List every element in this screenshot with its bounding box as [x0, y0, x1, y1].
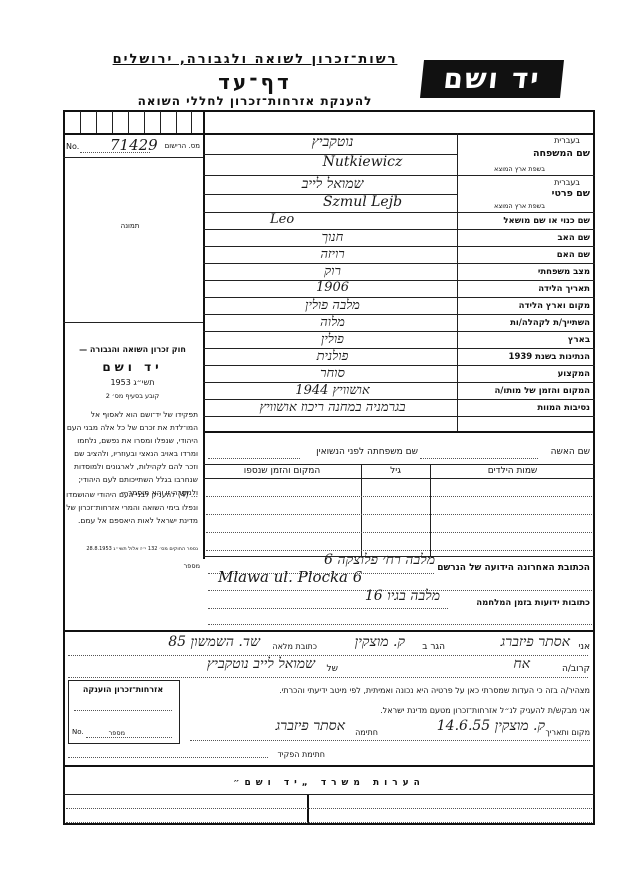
- last-address-original[interactable]: Mlawa ul. Plocka 6: [218, 568, 362, 586]
- reg-number-label: מס. הרישום: [150, 142, 200, 150]
- table-row[interactable]: [206, 532, 592, 533]
- signature-label: חתימה: [348, 728, 378, 737]
- place-date-value[interactable]: ק. מוצקין 14.6.55: [395, 718, 545, 735]
- official-signature-line[interactable]: [68, 757, 268, 758]
- address-label: כתובת מלאה: [262, 642, 317, 651]
- last-address-hebrew[interactable]: מלבה רח׳ פלוצקה 6: [215, 552, 435, 569]
- authority-name: רשות־זכרון לשואה ולגבורה, ירושלים: [110, 52, 400, 67]
- value-original[interactable]: Szmul Lejb: [240, 194, 485, 210]
- grant-number-line[interactable]: [86, 737, 172, 738]
- i-label: אני: [570, 642, 590, 652]
- divider: [191, 111, 192, 133]
- law-footnote: נספר החוקים מס׳ 132 י״ז אלול תשי״ג 28.8.…: [66, 546, 198, 552]
- declarant-name[interactable]: אסתר פיזברג: [450, 634, 570, 651]
- maiden-name-label: שם משפחתה לפני הנשואין: [300, 447, 418, 457]
- divider: [203, 416, 595, 417]
- label-hebrew: בעברית: [520, 136, 580, 145]
- grant-line[interactable]: [74, 710, 172, 711]
- war-address-line: [208, 608, 448, 609]
- divider: [160, 111, 161, 133]
- field-label: המקצוע: [460, 369, 590, 379]
- field-value[interactable]: 1906: [210, 280, 455, 295]
- field-label: מקום וארץ הלידה: [460, 301, 590, 311]
- divider: [203, 464, 595, 465]
- field-value[interactable]: פולנית: [210, 348, 455, 364]
- residing-value[interactable]: ק. מוצקין: [320, 634, 405, 651]
- divider: [112, 111, 113, 133]
- last-address-label: הכתובת האחרונה הידועה של הנרשם: [436, 563, 590, 573]
- side-number-label: מספר: [182, 562, 200, 570]
- declaration-line-2: [68, 677, 588, 678]
- field-value[interactable]: רויזה: [210, 246, 455, 262]
- field-label: השתייך/ת לקהלה/ות: [460, 318, 590, 328]
- divider: [63, 157, 203, 158]
- yad-vashem-logo: יד ושם: [420, 60, 564, 98]
- photo-label: תמונה: [100, 222, 160, 230]
- divider: [203, 111, 205, 431]
- divider: [63, 765, 595, 767]
- official-signature-label: חתימת הפקיד: [270, 750, 325, 759]
- divider: [80, 111, 81, 133]
- divider: [96, 111, 97, 133]
- field-value[interactable]: חנוך: [210, 229, 455, 245]
- divider: [63, 794, 595, 795]
- declaration-statement-2: אני מבקש/ת להעניק לנ״ל אזרחות־זכרון מטעם…: [280, 706, 590, 715]
- grant-title: אזרחות־זכרון הוענקה: [70, 685, 176, 694]
- maiden-name-field[interactable]: [208, 458, 300, 459]
- field-value[interactable]: רוק: [210, 263, 455, 279]
- label-hebrew: בעברית: [520, 178, 580, 187]
- field-label: הנתינות בשנת 1939: [460, 352, 590, 362]
- remarks-line[interactable]: [66, 822, 592, 823]
- field-label: תאריך הלידה: [460, 284, 590, 294]
- divider: [176, 111, 177, 133]
- divider: [63, 630, 595, 632]
- relation-of-name[interactable]: שמואל לייב נוטקביץ: [115, 656, 315, 673]
- residing-label: הגר ב: [405, 642, 445, 652]
- remarks-title: הערות משרד „יד ושם״: [63, 778, 595, 788]
- children-header-age: גיל: [361, 466, 430, 476]
- declarant-address[interactable]: שד. השמשון 85: [85, 634, 260, 651]
- law-clause: קובע בסעיף מס׳ 2: [70, 392, 195, 400]
- divider: [430, 464, 431, 556]
- divider: [307, 795, 309, 825]
- divider: [361, 464, 362, 556]
- divider: [144, 111, 145, 133]
- divider: [203, 431, 595, 433]
- signature-line: [190, 740, 590, 741]
- law-text-2: ... (4) להעניק לבני העם היהודי שהושמדו ו…: [66, 488, 198, 527]
- page-title: דף־עד: [110, 70, 400, 94]
- grant-no-label: No.: [72, 728, 84, 736]
- field-label: שם כנוי או שם מושאל: [460, 216, 590, 226]
- wife-field[interactable]: [420, 458, 538, 459]
- place-date-label: מקום ותאריך: [545, 728, 590, 737]
- law-name: יד ושם: [70, 360, 195, 374]
- grant-number-label: מספר: [95, 729, 125, 737]
- wife-label: שם האשה: [540, 447, 590, 457]
- children-header-names: שמות הילדים: [430, 466, 595, 476]
- value-hebrew[interactable]: שמואל לייב: [210, 176, 455, 193]
- relation-value[interactable]: אח: [450, 656, 530, 673]
- page-subtitle: להענקת אזרחות־זכרון לחללי השואה: [110, 94, 400, 108]
- relation-label: קרוב/ה: [545, 664, 590, 674]
- declaration-statement-1: מצהיר/ה בזה כי העדות שמסרתי כאן על פרטיה…: [185, 686, 590, 695]
- field-value[interactable]: מלבה פולין: [210, 297, 455, 313]
- field-value[interactable]: בגרמניה במחנה ריכוז אושוויץ: [210, 399, 455, 415]
- divider: [128, 111, 129, 133]
- war-address-label: כתובות ידועות בזמן המלחמה: [450, 598, 590, 608]
- field-label: מצב משפחתי: [460, 267, 590, 277]
- field-value[interactable]: פולין: [210, 331, 455, 347]
- table-row[interactable]: [206, 496, 592, 497]
- value-hebrew[interactable]: נוטקביץ: [210, 134, 455, 151]
- war-address[interactable]: מלבה בגיו 16: [300, 588, 440, 605]
- divider: [457, 133, 458, 431]
- value-original[interactable]: Nutkiewicz: [240, 154, 485, 170]
- field-label: שם האם: [460, 250, 590, 260]
- law-text-1: תפקידו של יד־ושם הוא לאסוף אל המו־לדת את…: [66, 408, 198, 499]
- of-label: של: [318, 664, 338, 674]
- field-value[interactable]: מלוה: [210, 314, 455, 330]
- field-value[interactable]: אושוויץ 1944: [210, 382, 455, 398]
- table-row[interactable]: [206, 550, 592, 551]
- field-value[interactable]: Leo: [210, 212, 455, 227]
- declarant-signature[interactable]: אסתר פיזברג: [185, 718, 345, 735]
- children-header-place: המקום והזמן שנספו: [203, 466, 361, 476]
- field-value[interactable]: סוחר: [210, 365, 455, 381]
- no-label: No.: [66, 142, 79, 151]
- field-label: המקום והזמן של מותו/ה: [460, 386, 590, 396]
- divider: [203, 478, 595, 479]
- remarks-line[interactable]: [66, 808, 592, 809]
- law-year: תשי״ג 1953: [70, 378, 195, 387]
- field-label: נסיבות המוות: [460, 403, 590, 413]
- divider: [203, 431, 205, 559]
- field-label: שם האב: [460, 233, 590, 243]
- field-label: בארץ: [460, 335, 590, 345]
- war-address-line-2: [208, 624, 592, 625]
- law-title: חוק זכרון השואה והגבורה —: [70, 345, 195, 354]
- table-row[interactable]: [206, 514, 592, 515]
- divider: [63, 322, 203, 323]
